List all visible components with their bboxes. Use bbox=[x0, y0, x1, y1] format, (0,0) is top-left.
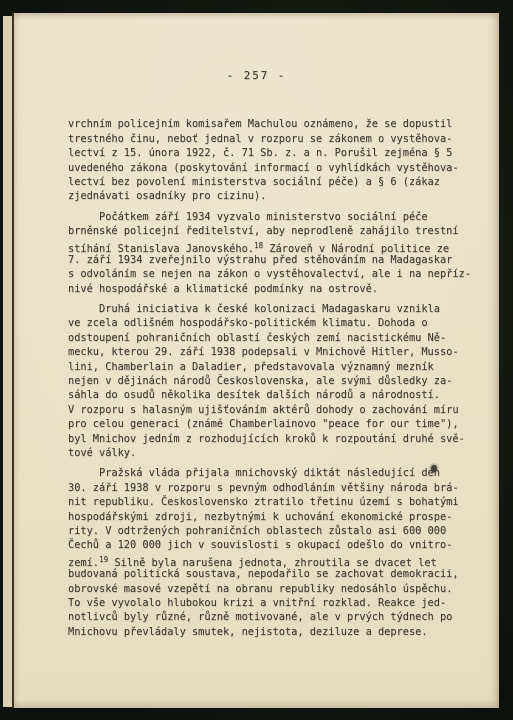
text-line: pro celou generaci (známé Chamberlainovo… bbox=[68, 417, 456, 431]
text-line: stíhání Stanislava Janovského.18 Zároveň… bbox=[68, 239, 456, 253]
text-line: uvedeného zákona (poskytování informací … bbox=[68, 161, 456, 175]
text-line: nit republiku. Československo ztratilo t… bbox=[68, 495, 456, 509]
text-line: tové války. bbox=[68, 446, 456, 460]
text-line: odstoupení pohraničních oblastí českých … bbox=[68, 331, 456, 345]
footnote-reference: 19 bbox=[99, 555, 108, 564]
text-line: zemí.19 Silně byla narušena jednota, zhr… bbox=[68, 553, 456, 567]
text-line: trestného činu, neboť jednal v rozporu s… bbox=[68, 132, 456, 146]
text-line: hospodářskými zdroji, nezbytnými k uchov… bbox=[68, 510, 456, 524]
text-line: lectví z 15. února 1922, č. 71 Sb. z. a … bbox=[68, 146, 456, 160]
text-line: vrchním policejním komisařem Machulou oz… bbox=[68, 117, 456, 131]
text-line: s odvoláním se nejen na zákon o vystěhov… bbox=[68, 267, 456, 281]
underlying-page-edge bbox=[3, 16, 12, 707]
text-line: zjednávati osadníky pro cizinu). bbox=[68, 189, 456, 203]
text-line: ve zcela odlišném hospodářsko-politickém… bbox=[68, 316, 456, 330]
text-line: Čechů a 120 000 jich v souvislosti s oku… bbox=[68, 538, 456, 552]
book-page: - 257 - vrchním policejním komisařem Mac… bbox=[12, 13, 499, 708]
text-line: notlivců byly různé, různě motivované, a… bbox=[68, 610, 456, 624]
text-line: mecku, kterou 29. září 1938 podepsali v … bbox=[68, 345, 456, 359]
text-line: sáhla do osudů několika desítek dalších … bbox=[68, 388, 456, 402]
page-number: - 257 - bbox=[14, 69, 499, 83]
text-body: vrchním policejním komisařem Machulou oz… bbox=[68, 117, 456, 639]
text-line: Pražská vláda přijala mnichovský diktát … bbox=[68, 466, 456, 480]
text-line: Mnichovu převládaly smutek, nejistota, d… bbox=[68, 625, 456, 639]
text-line: rity. V odtržených pohraničních oblastec… bbox=[68, 524, 456, 538]
text-line: 7. září 1934 zveřejnilo výstrahu před st… bbox=[68, 253, 456, 267]
ink-blot bbox=[431, 465, 437, 472]
text-line: budovaná politická soustava, nepodařilo … bbox=[68, 567, 456, 581]
text-line: Počátkem září 1934 vyzvalo ministerstvo … bbox=[68, 210, 456, 224]
scanner-background: - 257 - vrchním policejním komisařem Mac… bbox=[0, 0, 513, 720]
text-line: Druhá iniciativa k české kolonizaci Mada… bbox=[68, 302, 456, 316]
paragraph: vrchním policejním komisařem Machulou oz… bbox=[68, 117, 456, 203]
footnote-reference: 18 bbox=[254, 241, 263, 250]
text-line: byl Mnichov jedním z rozhodujících kroků… bbox=[68, 432, 456, 446]
paragraph: Pražská vláda přijala mnichovský diktát … bbox=[68, 466, 456, 639]
text-line: V rozporu s halasným ujišťováním aktérů … bbox=[68, 403, 456, 417]
text-line: nejen v dějinách národů Československa, … bbox=[68, 374, 456, 388]
text-line: brněnské policejní ředitelství, aby nepr… bbox=[68, 224, 456, 238]
text-line: obrovské masové vzepětí na obranu republ… bbox=[68, 582, 456, 596]
text-line: To vše vyvolalo hlubokou krizi a vnitřní… bbox=[68, 596, 456, 610]
text-line: nivé hospodářské a klimatické podmínky n… bbox=[68, 282, 456, 296]
text-line: 30. září 1938 v rozporu s pevným odhodlá… bbox=[68, 481, 456, 495]
paragraph: Druhá iniciativa k české kolonizaci Mada… bbox=[68, 302, 456, 460]
text-line: lini, Chamberlain a Daladier, představov… bbox=[68, 360, 456, 374]
paragraph: Počátkem září 1934 vyzvalo ministerstvo … bbox=[68, 210, 456, 296]
text-line: lectví bez povolení ministerstva sociáln… bbox=[68, 175, 456, 189]
